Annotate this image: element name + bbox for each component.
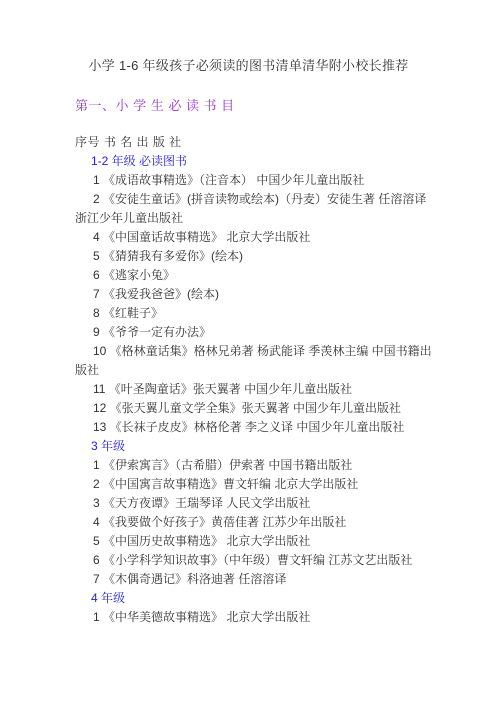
- book-line: 9 《爷爷一定有办法》: [75, 323, 422, 342]
- book-line: 1 《成语故事精选》（注音本） 中国少年儿童出版社: [75, 171, 422, 190]
- book-line-continuation: 浙江少年儿童出版社: [75, 209, 422, 228]
- book-line: 12 《张天翼儿童文学全集》张天翼著 中国少年儿童出版社: [75, 399, 422, 418]
- list-header: 序号 书 名 出 版 社: [75, 133, 422, 152]
- book-line: 3 《天方夜谭》王瑞琴译 人民文学出版社: [75, 494, 422, 513]
- book-line: 6 《小学科学知识故事》（中年级）曹文轩编 江苏文艺出版社: [75, 551, 422, 570]
- grade-heading: 1-2 年级 必读图书: [75, 152, 422, 171]
- book-line: 8 《红鞋子》: [75, 304, 422, 323]
- book-line: 2 《中国寓言故事精选》曹文轩编 北京大学出版社: [75, 475, 422, 494]
- book-line: 2 《安徒生童话》(拼音读物或绘本)（丹麦）安徒生著 任溶溶译: [75, 190, 422, 209]
- book-line: 1 《伊索寓言》（古希腊）伊索著 中国书籍出版社: [75, 456, 422, 475]
- section-heading: 第一、小 学 生 必 读 书 目: [75, 96, 422, 115]
- book-line: 7 《我爱我爸爸》(绘本): [75, 285, 422, 304]
- book-line: 5 《中国历史故事精选》 北京大学出版社: [75, 532, 422, 551]
- grade-heading: 3 年级: [75, 437, 422, 456]
- book-line: 7 《木偶奇遇记》科洛迪著 任溶溶译: [75, 570, 422, 589]
- book-list: 1-2 年级 必读图书1 《成语故事精选》（注音本） 中国少年儿童出版社2 《安…: [75, 152, 422, 627]
- book-line: 1 《中华美德故事精选》 北京大学出版社: [75, 608, 422, 627]
- grade-heading: 4 年级: [75, 589, 422, 608]
- book-line: 6 《逃家小兔》: [75, 266, 422, 285]
- book-line: 10 《格林童话集》格林兄弟著 杨武能译 季羡林主编 中国书籍出: [75, 342, 422, 361]
- book-line: 13 《长袜子皮皮》林格伦著 李之义译 中国少年儿童出版社: [75, 418, 422, 437]
- book-line: 4 《中国童话故事精选》 北京大学出版社: [75, 228, 422, 247]
- book-line: 11 《叶圣陶童话》张天翼著 中国少年儿童出版社: [75, 380, 422, 399]
- book-line: 5 《猜猜我有多爱你》(绘本): [75, 247, 422, 266]
- document-title: 小学 1-6 年级孩子必须读的图书清单清华附小校长推荐: [75, 56, 422, 75]
- book-line-continuation: 版社: [75, 361, 422, 380]
- book-line: 4 《我要做个好孩子》黄蓓佳著 江苏少年出版社: [75, 513, 422, 532]
- document-page: 小学 1-6 年级孩子必须读的图书清单清华附小校长推荐 第一、小 学 生 必 读…: [0, 0, 496, 702]
